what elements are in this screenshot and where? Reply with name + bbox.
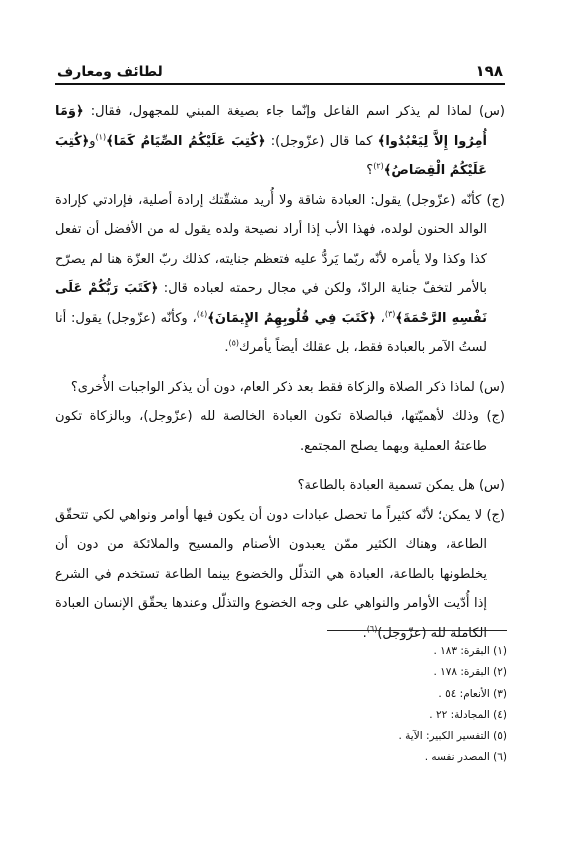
footnote-3: (٣) الأنعام: ٥٤ . (327, 684, 507, 705)
footnote-6: (٦) المصدر نفسه . (327, 747, 507, 768)
question-marker: (س) (479, 478, 505, 493)
question-3: (س) هل يمكن تسمية العبادة بالطاعة؟ (55, 471, 505, 501)
footnote-ref-3[interactable]: (٣) (385, 309, 396, 318)
footnote-4: (٤) المجادلة: ٢٢ . (327, 705, 507, 726)
footnote-ref-2[interactable]: (٢) (373, 162, 384, 171)
footnote-ref-1[interactable]: (١) (96, 132, 107, 141)
answer-text: وذلك لأهميّتها، فبالصلاة تكون العبادة ال… (55, 409, 487, 454)
question-marker: (س) (479, 104, 505, 119)
body-text: (س) لماذا لم يذكر اسم الفاعل وإنّما جاء … (55, 97, 505, 648)
book-title: لطائف ومعارف (57, 64, 163, 80)
page: ١٩٨ لطائف ومعارف (س) لماذا لم يذكر اسم ا… (55, 58, 505, 648)
answer-2: (ج) وذلك لأهميّتها، فبالصلاة تكون العباد… (55, 402, 505, 461)
quran-quote: ﴿كُتِبَ عَلَيْكُمُ الصِّيَامُ كَمَا﴾ (106, 134, 265, 149)
question-text: كما قال (عزّوجل): (265, 134, 377, 149)
question-text: هل يمكن تسمية العبادة بالطاعة؟ (298, 478, 479, 493)
answer-marker: (ج) (486, 193, 505, 208)
question-2: (س) لماذا ذكر الصلاة والزكاة فقط بعد ذكر… (55, 373, 505, 403)
question-marker: (س) (479, 380, 505, 395)
answer-1: (ج) كأنّه (عزّوجل) يقول: العبادة شاقة ول… (55, 186, 505, 363)
footnotes: (١) البقرة: ١٨٣ . (٢) البقرة: ١٧٨ . (٣) … (327, 630, 507, 769)
answer-marker: (ج) (486, 409, 505, 424)
footnote-2: (٢) البقرة: ١٧٨ . (327, 662, 507, 683)
question-1: (س) لماذا لم يذكر اسم الفاعل وإنّما جاء … (55, 97, 505, 186)
answer-text: لا يمكن؛ لأنّه كثيراً ما تحصل عبادات دون… (55, 508, 487, 641)
footnote-ref-5[interactable]: (٥) (228, 339, 239, 348)
footnote-1: (١) البقرة: ١٨٣ . (327, 641, 507, 662)
footnote-ref-4[interactable]: (٤) (197, 309, 208, 318)
answer-3: (ج) لا يمكن؛ لأنّه كثيراً ما تحصل عبادات… (55, 501, 505, 649)
footnote-5: (٥) التفسير الكبير: الآية . (327, 726, 507, 747)
quran-quote: ﴿كَتَبَ فِي قُلُوبِهِمُ الإِيمَانَ﴾ (207, 311, 376, 326)
answer-marker: (ج) (486, 508, 505, 523)
page-number: ١٩٨ (476, 62, 503, 80)
running-header: ١٩٨ لطائف ومعارف (55, 58, 505, 85)
question-text: لماذا لم يذكر اسم الفاعل وإنّما جاء بصيغ… (84, 104, 479, 119)
answer-text: ، (376, 311, 385, 326)
question-text: لماذا ذكر الصلاة والزكاة فقط بعد ذكر الع… (71, 380, 479, 395)
